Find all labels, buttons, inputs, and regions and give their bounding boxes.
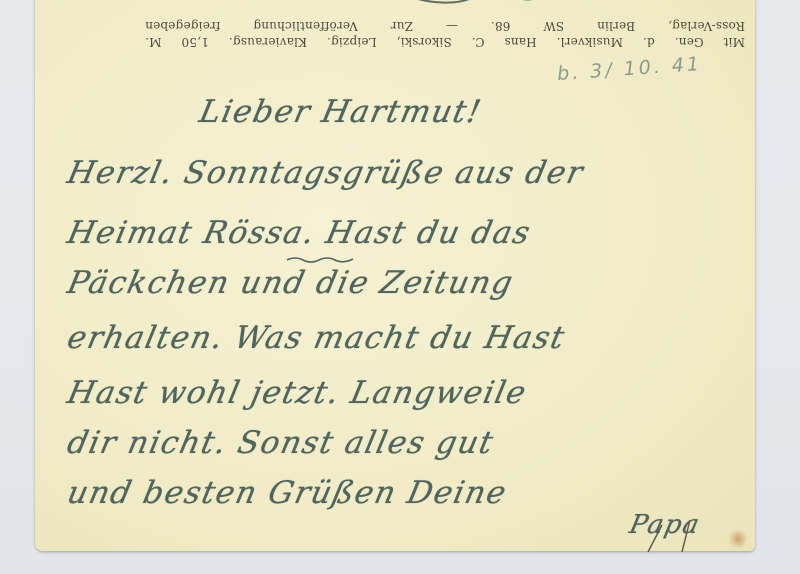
printed-line-2: Mit Gen. d. Musikverl. Hans C. Sikorski,… <box>145 34 745 50</box>
printed-line-1: Ross-Verlag, Berlin SW 68. — Zur Veröffe… <box>145 18 745 34</box>
ink-underline <box>285 255 355 263</box>
letter-salutation: Lieber Hartmut! <box>196 94 485 130</box>
letter-line: Heimat Rössa. Hast du das <box>64 215 534 251</box>
letter-signature: Papa <box>627 510 703 540</box>
paper-stain <box>727 530 749 548</box>
letter-line: Päckchen und die Zeitung <box>64 265 517 301</box>
ink-flourish-top <box>365 0 565 10</box>
letter-line: erhalten. Was macht du Hast <box>64 320 569 356</box>
letter-line: dir nicht. Sonst alles gut <box>64 425 497 461</box>
letter-line: Hast wohl jetzt. Langweile <box>64 375 530 411</box>
letter-line: Herzl. Sonntagsgrüße aus der <box>64 155 587 191</box>
printed-publisher-footer: Mit Gen. d. Musikverl. Hans C. Sikorski,… <box>145 18 745 50</box>
letter-line: und besten Grüßen Deine <box>64 475 510 511</box>
